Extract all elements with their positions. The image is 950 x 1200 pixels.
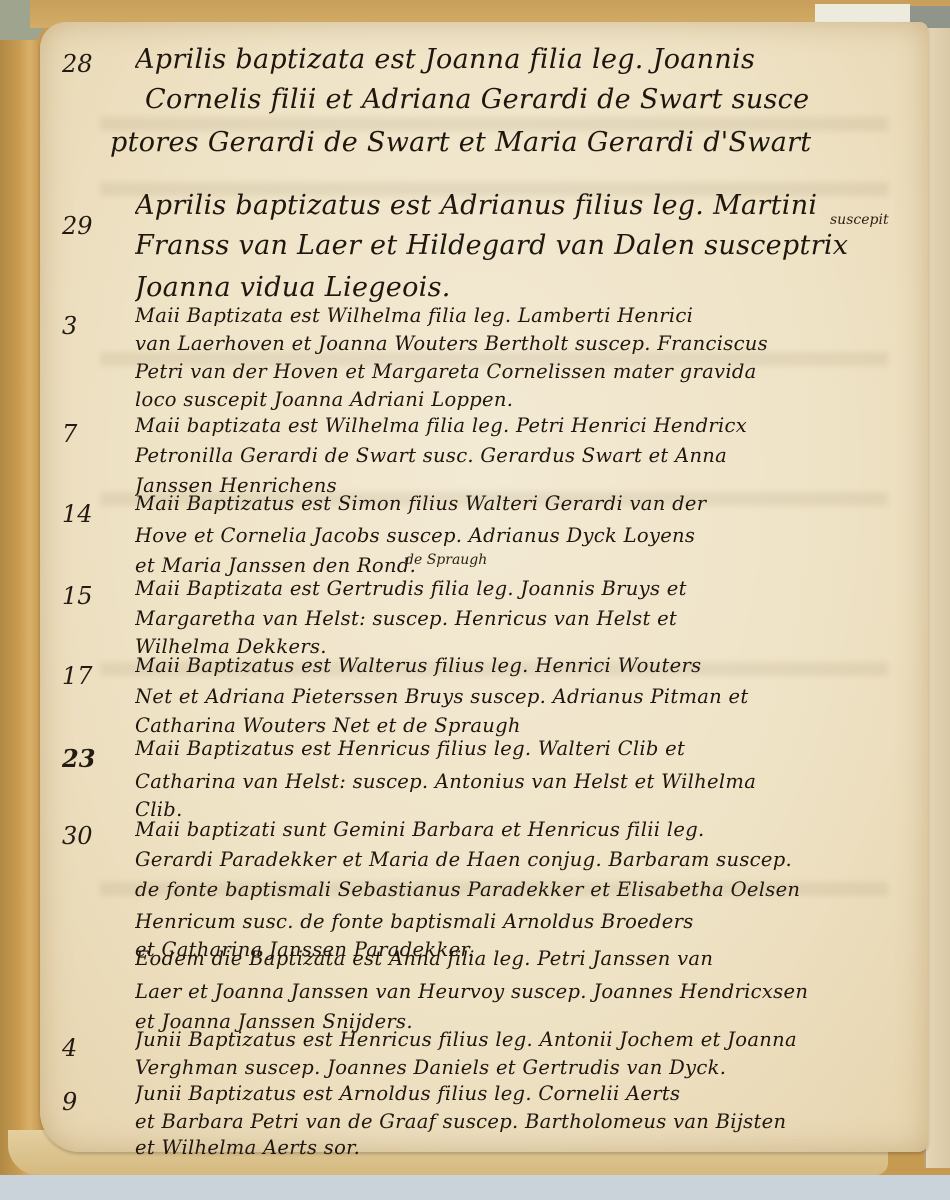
entry-line: et Barbara Petri van de Graaf suscep. Ba… (135, 1110, 908, 1133)
entry-date: 9 (62, 1088, 122, 1116)
entry-line: Gerardi Paradekker et Maria de Haen conj… (135, 848, 908, 871)
entry-line: et Wilhelma Aerts sor. (135, 1136, 908, 1159)
entry-line: Maii Baptizata est Wilhelma filia leg. L… (135, 304, 908, 327)
entry-line: Catharina Wouters Net et de Spraugh (135, 714, 908, 737)
entry-annotation: de Spraugh (405, 552, 487, 568)
entry-date: 15 (62, 582, 122, 610)
entry-line: Aprilis baptizatus est Adrianus filius l… (135, 190, 908, 221)
entry-line: et Maria Janssen den Rond. (135, 554, 908, 577)
entry-date: 29 (62, 212, 122, 240)
entry-line: Verghman suscep. Joannes Daniels et Gert… (135, 1056, 908, 1079)
entry-line: Henricum susc. de fonte baptismali Arnol… (135, 910, 908, 933)
entry-line: de fonte baptismali Sebastianus Paradekk… (135, 878, 908, 901)
entry-line: Laer et Joanna Janssen van Heurvoy susce… (135, 980, 908, 1003)
entry-date: 4 (62, 1034, 122, 1062)
entry-line: Junii Baptizatus est Arnoldus filius leg… (135, 1082, 908, 1105)
entry-line: Maii Baptizatus est Simon filius Walteri… (135, 492, 908, 515)
entry-date: 17 (62, 662, 122, 690)
entry-line: Maii Baptizata est Gertrudis filia leg. … (135, 577, 908, 600)
entry-line: Catharina van Helst: suscep. Antonius va… (135, 770, 908, 793)
register-entries: 28 Aprilis baptizata est Joanna filia le… (40, 22, 928, 1152)
entry-line: Aprilis baptizata est Joanna filia leg. … (135, 44, 908, 75)
entry-line: Net et Adriana Pieterssen Bruys suscep. … (135, 685, 908, 708)
entry-line: Margaretha van Helst: suscep. Henricus v… (135, 607, 908, 630)
entry-line: Petronilla Gerardi de Swart susc. Gerard… (135, 444, 908, 467)
entry-date: 23 (62, 744, 122, 773)
entry-date: 30 (62, 822, 122, 850)
entry-line: Maii baptizata est Wilhelma filia leg. P… (135, 414, 908, 437)
entry-date: 28 (62, 50, 122, 78)
entry-line: Junii Baptizatus est Henricus filius leg… (135, 1028, 908, 1051)
entry-line: Cornelis filii et Adriana Gerardi de Swa… (145, 84, 908, 115)
entry-date: 7 (62, 420, 122, 448)
entry-date: 14 (62, 500, 122, 528)
entry-annotation: suscepit (830, 212, 889, 228)
entry-line: loco suscepit Joanna Adriani Loppen. (135, 388, 908, 411)
entry-line: Maii Baptizatus est Henricus filius leg.… (135, 737, 908, 760)
entry-line: Maii Baptizatus est Walterus filius leg.… (135, 654, 908, 677)
entry-line: Hove et Cornelia Jacobs suscep. Adrianus… (135, 524, 908, 547)
entry-line: Petri van der Hoven et Margareta Corneli… (135, 360, 908, 383)
entry-line: ptores Gerardi de Swart et Maria Gerardi… (110, 127, 908, 158)
entry-line: Maii baptizati sunt Gemini Barbara et He… (135, 818, 908, 841)
register-page: 28 Aprilis baptizata est Joanna filia le… (40, 22, 928, 1152)
entry-line: Joanna vidua Liegeois. (135, 272, 908, 303)
entry-line: Eodem die Baptizata est Anna filia leg. … (135, 947, 908, 970)
entry-date: 3 (62, 312, 122, 340)
entry-line: van Laerhoven et Joanna Wouters Bertholt… (135, 332, 908, 355)
entry-line: Franss van Laer et Hildegard van Dalen s… (135, 230, 908, 261)
